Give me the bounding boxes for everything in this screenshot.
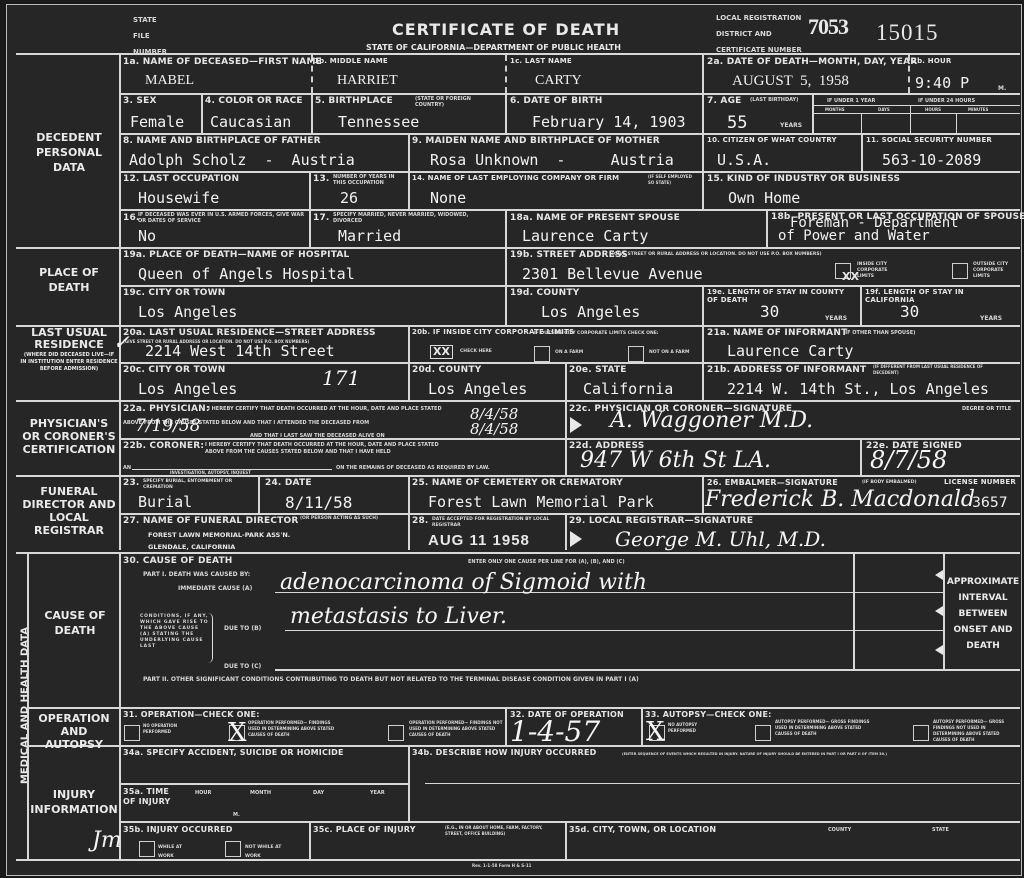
divider <box>408 133 410 171</box>
age-hours-label: HOURS <box>925 107 941 113</box>
label-certificate-number: CERTIFICATE NUMBER <box>716 42 802 58</box>
f17-label: 17. <box>313 213 330 223</box>
page-subtitle: STATE OF CALIFORNIA—DEPARTMENT OF PUBLIC… <box>366 43 621 52</box>
divider <box>16 475 1020 477</box>
divider <box>702 475 704 513</box>
age-days-label: DAYS <box>878 107 890 113</box>
section-last-residence-note: (WHERE DID DECEASED LIVE—IF IN INSTITUTI… <box>20 352 118 373</box>
f30-due-b: DUE TO (B) <box>224 626 261 632</box>
f28-label: 28. <box>412 516 429 526</box>
employer-value[interactable]: None <box>430 189 466 207</box>
f26-note: (IF BODY EMBALMED) <box>862 480 917 486</box>
f19e-label: 19e. LENGTH OF STAY IN COUNTY OF DEATH <box>707 288 852 304</box>
spouse-occupation-line2: of Power and Water <box>778 230 959 243</box>
divider <box>275 669 1020 671</box>
f34b-note: (ENTER SEQUENCE OF EVENTS WHICH RESULTED… <box>622 751 887 757</box>
not-on-farm-label: NOT ON A FARM <box>649 350 689 356</box>
f22b-text2: ABOVE FROM THE CAUSES STATED BELOW AND T… <box>205 449 391 455</box>
f12-label: 12. LAST OCCUPATION <box>123 174 239 184</box>
section-place-of-death: PLACE OF DEATH <box>20 265 118 295</box>
divider <box>16 247 1020 249</box>
f28-note: DATE ACCEPTED FOR REGISTRATION BY LOCAL … <box>432 517 562 529</box>
f7-label: 7. AGE <box>707 96 742 106</box>
f20c-label: 20c. CITY OR TOWN <box>123 365 226 375</box>
divider <box>119 285 1020 287</box>
operation-used-label: OPERATION PERFORMED— FINDINGS USED IN DE… <box>248 720 343 738</box>
divider <box>505 93 507 133</box>
section-operation: OPERATION AND AUTOPSY <box>30 712 118 751</box>
f1c-label: 1c. LAST NAME <box>510 57 572 65</box>
age-unit: YEARS <box>780 123 802 129</box>
autopsy-used-label: AUTOPSY PERFORMED— GROSS FINDINGS USED I… <box>775 719 870 737</box>
f20d-label: 20d. COUNTY <box>412 365 481 375</box>
divider <box>119 513 1020 515</box>
f20a-label: 20a. LAST USUAL RESIDENCE—STREET ADDRESS <box>123 328 376 338</box>
f22b-text3: ON THE REMAINS OF DECEASED AS REQUIRED B… <box>336 465 490 471</box>
citizen-value[interactable]: U.S.A. <box>717 151 771 169</box>
f7-note: (LAST BIRTHDAY) <box>750 97 798 103</box>
divider <box>860 285 862 325</box>
divider <box>812 105 1020 106</box>
interval-line1: APPROXIMATE <box>945 574 1021 590</box>
stay-california-unit: YEARS <box>980 316 1002 322</box>
industry-value[interactable]: Own Home <box>728 189 800 207</box>
f21b-label: 21b. ADDRESS OF INFORMANT <box>707 365 866 375</box>
f22b-an: AN <box>123 465 131 471</box>
f13-note: NUMBER OF YEARS IN THIS OCCUPATION <box>333 174 403 186</box>
cause-b-value[interactable]: metastasis to Liver. <box>290 604 507 629</box>
license-label: LICENSE NUMBER <box>944 478 1016 486</box>
on-farm-checkbox[interactable] <box>534 346 550 362</box>
disposition-date-value[interactable]: 8/11/58 <box>285 493 352 512</box>
hour-suffix: M. <box>998 86 1006 92</box>
disposition-value[interactable]: Burial <box>138 493 192 511</box>
page-title: CERTIFICATE OF DEATH <box>392 20 620 39</box>
f27-note: (OR PERSON ACTING AS SUCH) <box>300 516 400 522</box>
bracket <box>208 613 213 663</box>
outside-city-residence-label: IF OUTSIDE CITY CORPORATE LIMITS CHECK O… <box>534 331 674 337</box>
section-decedent: DECEDENT PERSONAL DATA <box>20 130 118 175</box>
sex-value[interactable]: Female <box>130 113 184 131</box>
death-street-value[interactable]: 2301 Bellevue Avenue <box>522 265 703 283</box>
interval-line2: INTERVAL <box>945 590 1021 606</box>
section-medical-vertical: MEDICAL AND HEALTH DATA <box>20 616 31 796</box>
section-physician: PHYSICIAN'S OR CORONER'S CERTIFICATION <box>20 417 118 456</box>
autopsy-not-used-checkbox[interactable] <box>913 725 929 741</box>
f30-part2: PART II. OTHER SIGNIFICANT CONDITIONS CO… <box>143 677 639 683</box>
degree-label: DEGREE OR TITLE <box>962 406 1011 412</box>
state-label: STATE <box>932 827 949 833</box>
cemetery-value[interactable]: Forest Lawn Memorial Park <box>428 493 654 511</box>
signature-arrow-icon <box>570 417 582 433</box>
spouse-occupation-value[interactable]: Foreman - Department of Power and Water <box>790 217 959 243</box>
no-operation-label: NO OPERATION PERFORMED <box>143 723 193 735</box>
f20e-label: 20e. STATE <box>569 365 627 375</box>
interval-line5: DEATH <box>945 638 1021 654</box>
interval-arrow-c-icon <box>935 645 943 655</box>
f19b-note: (GIVE STREET OR RURAL ADDRESS OR LOCATIO… <box>612 252 822 258</box>
age-minutes-label: MINUTES <box>968 107 988 113</box>
divider <box>311 93 313 133</box>
divider <box>119 209 1020 211</box>
divider <box>505 55 507 93</box>
stay-county-unit: YEARS <box>825 316 847 322</box>
age-months-label: MONTHS <box>825 107 845 113</box>
f19c-label: 19c. CITY OR TOWN <box>123 288 226 298</box>
divider <box>861 113 862 133</box>
f22b-text1: I HEREBY CERTIFY THAT DEATH OCCURRED AT … <box>205 442 439 448</box>
f19a-label: 19a. PLACE OF DEATH—NAME OF HOSPITAL <box>123 250 349 260</box>
residence-street-value[interactable]: 2214 West 14th Street <box>145 342 335 360</box>
divider <box>408 745 410 821</box>
no-autopsy-label: NO AUTOPSY PERFORMED <box>668 722 718 734</box>
f23-label: 23. <box>123 478 140 488</box>
f21b-note: (IF DIFFERENT FROM LAST USUAL RESIDENCE … <box>873 364 993 376</box>
date-of-death-value[interactable]: AUGUST 5, 1958 <box>732 73 849 90</box>
license-number-value[interactable]: 3657 <box>972 495 1008 511</box>
divider <box>956 113 957 133</box>
physician-address[interactable]: 947 W 6th St LA. <box>580 448 771 473</box>
divider <box>853 552 855 670</box>
section-last-residence-title: LAST USUAL RESIDENCE <box>31 326 107 351</box>
f16-note: IF DECEASED WAS EVER IN U.S. ARMED FORCE… <box>138 212 308 224</box>
embalmer-signature[interactable]: Frederick B. Macdonald <box>705 487 975 512</box>
label-file: FILE <box>133 28 167 44</box>
no-operation-checkbox[interactable] <box>124 725 140 741</box>
f1a-label: 1a. NAME OF DECEASED—FIRST NAME <box>123 57 322 67</box>
divider <box>408 171 410 209</box>
under-24-hours-label: IF UNDER 24 HOURS <box>918 98 975 104</box>
divider <box>861 133 863 171</box>
operation-date-value[interactable]: 1-4-57 <box>510 715 600 748</box>
label-local-registration: LOCAL REGISTRATION <box>716 10 802 26</box>
divider <box>201 93 203 133</box>
interval-line4: ONSET AND <box>945 622 1021 638</box>
divider <box>27 707 1020 709</box>
f35a-label: 35a. TIME OF INJURY <box>123 787 183 807</box>
divider <box>119 783 408 785</box>
last-name-value[interactable]: CARTY <box>535 73 582 89</box>
on-farm-label: ON A FARM <box>555 350 583 356</box>
f35b-label: 35b. INJURY OCCURRED <box>123 825 233 834</box>
birthplace-value[interactable]: Tennessee <box>338 113 419 131</box>
informant-name-value[interactable]: Laurence Carty <box>727 342 853 360</box>
f35c-label: 35c. PLACE OF INJURY <box>313 825 416 834</box>
residence-county-value[interactable]: Los Angeles <box>428 380 527 398</box>
f5-label: 5. BIRTHPLACE <box>315 96 393 106</box>
while-at-work-checkbox[interactable] <box>139 841 155 857</box>
f8-label: 8. NAME AND BIRTHPLACE OF FATHER <box>123 136 321 146</box>
divider <box>565 362 567 400</box>
f22a-text1: I HEREBY CERTIFY THAT DEATH OCCURRED AT … <box>208 406 442 412</box>
father-value[interactable]: Adolph Scholz - Austria <box>129 151 355 169</box>
divider <box>309 821 311 861</box>
armed-forces-value[interactable]: No <box>138 227 156 245</box>
section-last-residence: LAST USUAL RESIDENCE (WHERE DID DECEASED… <box>20 327 118 373</box>
registrar-signature[interactable]: George M. Uhl, M.D. <box>615 527 826 551</box>
f9-label: 9. MAIDEN NAME AND BIRTHPLACE OF MOTHER <box>412 136 660 146</box>
autopsy-not-used-label: AUTOPSY PERFORMED— GROSS FINDINGS NOT US… <box>933 719 1018 743</box>
first-name-value[interactable]: MABEL <box>145 73 194 89</box>
race-value[interactable]: Caucasian <box>210 113 291 131</box>
while-at-work-label: WHILE AT WORK <box>158 843 193 861</box>
date-signed[interactable]: 8/7/58 <box>870 446 947 474</box>
marital-status-value[interactable]: Married <box>338 227 401 245</box>
divider <box>119 133 1020 135</box>
funeral-director-line2: GLENDALE, CALIFORNIA <box>148 541 290 553</box>
day-col-label: DAY <box>313 790 324 796</box>
divider <box>258 475 260 513</box>
funeral-director-line1: FOREST LAWN MEMORIAL-PARK ASS'N. <box>148 529 290 541</box>
years-occupation-value[interactable]: 26 <box>340 189 358 207</box>
f2a-label: 2a. DATE OF DEATH—MONTH, DAY, YEAR <box>707 57 917 67</box>
f30-instruction: ENTER ONLY ONE CAUSE PER LINE FOR (A), (… <box>468 559 625 565</box>
f30-label: 30. CAUSE OF DEATH <box>123 556 233 566</box>
stay-california-value[interactable]: 30 <box>900 302 919 321</box>
f23-note: SPECIFY BURIAL, ENTOMBMENT OR CREMATION <box>143 479 253 491</box>
section-injury: INJURY INFORMATION <box>30 787 118 817</box>
f15-label: 15. KIND OF INDUSTRY OR BUSINESS <box>707 174 900 184</box>
not-while-at-work-label: NOT WHILE AT WORK <box>245 843 290 861</box>
divider <box>119 821 1020 823</box>
year-col-label: YEAR <box>370 790 385 796</box>
initials-annotation: Jm <box>92 828 122 853</box>
f22a-text3: AND THAT I LAST SAW THE DECEASED ALIVE O… <box>250 433 385 439</box>
divider <box>910 105 911 133</box>
date-of-birth-value[interactable]: February 14, 1903 <box>532 113 686 131</box>
section-funeral: FUNERAL DIRECTOR AND LOCAL REGISTRAR <box>20 485 118 537</box>
middle-name-value[interactable]: HARRIET <box>337 73 398 89</box>
f18a-label: 18a. NAME OF PRESENT SPOUSE <box>510 213 680 223</box>
under-1-year-label: IF UNDER 1 YEAR <box>827 98 875 104</box>
operation-not-used-label: OPERATION PERFORMED— FINDINGS NOT USED I… <box>409 720 504 738</box>
f29-label: 29. LOCAL REGISTRAR—SIGNATURE <box>569 516 753 526</box>
f14-label: 14. NAME OF LAST EMPLOYING COMPANY OR FI… <box>412 174 619 182</box>
not-on-farm-checkbox[interactable] <box>628 346 644 362</box>
f30-part1: PART I. DEATH WAS CAUSED BY: <box>143 572 250 578</box>
not-while-at-work-checkbox[interactable] <box>225 841 241 857</box>
check-here-label: CHECK HERE <box>460 349 492 355</box>
interval-arrow-b-icon <box>935 606 943 616</box>
divider <box>425 783 1020 784</box>
divider <box>766 209 768 247</box>
divider <box>16 325 1020 327</box>
f22b-sub: INVESTIGATION, AUTOPSY, INQUEST <box>170 470 251 476</box>
stay-county-value[interactable]: 30 <box>760 302 779 321</box>
divider <box>505 707 507 745</box>
cause-a-value[interactable]: adenocarcinoma of Sigmoid with <box>280 570 647 595</box>
month-col-label: MONTH <box>250 790 271 796</box>
f10-label: 10. CITIZEN OF WHAT COUNTRY <box>707 136 837 144</box>
divider <box>702 285 704 400</box>
last-seen-date[interactable]: 8/4/58 <box>470 420 518 438</box>
residence-inside-city-checkbox[interactable]: XX <box>430 345 453 359</box>
f19d-label: 19d. COUNTY <box>510 288 579 298</box>
outside-city-checkbox[interactable] <box>952 263 968 279</box>
attended-to-date[interactable]: 7/19/58 <box>135 416 201 436</box>
f14-note: (IF SELF EMPLOYED SO STATE) <box>648 174 698 186</box>
residence-city-value[interactable]: Los Angeles <box>138 380 237 398</box>
operation-mark: X <box>228 718 247 748</box>
f30-due-c: DUE TO (C) <box>224 664 261 670</box>
operation-not-used-checkbox[interactable] <box>388 725 404 741</box>
registrar-arrow-icon <box>570 531 582 547</box>
f1b-label: 1b. MIDDLE NAME <box>314 57 388 65</box>
autopsy-mark: X <box>646 717 665 747</box>
spouse-name-value[interactable]: Laurence Carty <box>522 227 648 245</box>
checkmark-annotation: ✓ <box>113 330 130 354</box>
f21a-note: (IF OTHER THAN SPOUSE) <box>843 330 915 336</box>
divider <box>505 209 507 247</box>
f25-label: 25. NAME OF CEMETERY OR CREMATORY <box>412 478 623 488</box>
district-number: 7053 <box>808 14 848 40</box>
divider <box>565 821 567 861</box>
f34a-label: 34a. SPECIFY ACCIDENT, SUICIDE OR HOMICI… <box>123 748 344 757</box>
inside-city-label: INSIDE CITY CORPORATE LIMITS <box>857 262 897 280</box>
divider <box>16 400 1020 402</box>
age-value[interactable]: 55 <box>727 113 747 133</box>
f13-label: 13. <box>313 174 330 184</box>
f30-immediate: IMMEDIATE CAUSE (A) <box>178 586 252 592</box>
divider <box>119 171 1020 173</box>
f35c-note: (E.G., IN OR ABOUT HOME, FARM, FACTORY, … <box>445 825 560 837</box>
death-city-value[interactable]: Los Angeles <box>138 303 237 321</box>
interval-line3: BETWEEN <box>945 606 1021 622</box>
hour-col-label: HOUR <box>195 790 211 796</box>
f19b-label: 19b. STREET ADDRESS <box>510 250 628 260</box>
f27-label: 27. NAME OF FUNERAL DIRECTOR <box>123 516 298 526</box>
death-county-value[interactable]: Los Angeles <box>541 303 640 321</box>
f3-label: 3. SEX <box>123 96 157 106</box>
f17-note: SPECIFY MARRIED, NEVER MARRIED, WIDOWED,… <box>333 212 493 224</box>
divider <box>565 513 567 550</box>
f4-label: 4. COLOR OR RACE <box>205 96 303 106</box>
residence-state-value[interactable]: California <box>583 380 673 398</box>
f2b-label: 2b. HOUR <box>912 57 951 65</box>
f24-label: 24. DATE <box>265 478 312 488</box>
m-label: M. <box>233 812 240 818</box>
informant-address-value[interactable]: 2214 W. 14th St., Los Angeles <box>727 380 989 398</box>
outside-city-label: OUTSIDE CITY CORPORATE LIMITS <box>973 262 1015 280</box>
interval-arrow-a-icon <box>935 570 943 580</box>
divider <box>285 630 943 631</box>
divider <box>641 707 643 745</box>
divider <box>119 93 1020 95</box>
f35d-label: 35d. CITY, TOWN, OR LOCATION <box>569 825 716 834</box>
section-cause: CAUSE OF DEATH <box>40 608 110 638</box>
occupation-value[interactable]: Housewife <box>138 189 219 207</box>
f22a-label: 22a. PHYSICIAN: <box>123 404 210 414</box>
f21a-label: 21a. NAME OF INFORMANT <box>707 328 847 338</box>
local-registration-label: LOCAL REGISTRATION DISTRICT AND CERTIFIC… <box>716 10 802 58</box>
f6-label: 6. DATE OF BIRTH <box>510 96 603 106</box>
funeral-director-value[interactable]: FOREST LAWN MEMORIAL-PARK ASS'N. GLENDAL… <box>148 529 290 553</box>
interval-label: APPROXIMATE INTERVAL BETWEEN ONSET AND D… <box>945 574 1021 654</box>
f30-conditions: CONDITIONS, IF ANY, WHICH GAVE RISE TO T… <box>140 614 210 650</box>
f19f-label: 19f. LENGTH OF STAY IN CALIFORNIA <box>865 288 1010 304</box>
certificate-number: 15015 <box>876 20 939 46</box>
label-state: STATE <box>133 12 167 28</box>
f11-label: 11. SOCIAL SECURITY NUMBER <box>866 136 992 144</box>
physician-signature[interactable]: A. Waggoner M.D. <box>610 408 813 433</box>
date-accepted-value[interactable]: AUG 11 1958 <box>428 532 530 549</box>
ssn-value[interactable]: 563-10-2089 <box>882 151 981 169</box>
divider <box>812 113 1020 114</box>
hour-value[interactable]: 9:40 P <box>915 74 969 92</box>
county-label: COUNTY <box>828 827 851 833</box>
f5-note: (STATE OR FOREIGN COUNTRY) <box>415 96 485 108</box>
f34b-label: 34b. DESCRIBE HOW INJURY OCCURRED <box>412 748 597 757</box>
mother-value[interactable]: Rosa Unknown - Austria <box>430 151 674 169</box>
f22b-label: 22b. CORONER: <box>123 441 204 451</box>
form-revision: Rev. 1-1-58 Form H & S-11 <box>472 863 531 869</box>
divider <box>860 438 862 475</box>
f26-label: 26. EMBALMER—SIGNATURE <box>707 478 838 487</box>
label-district-and: DISTRICT AND <box>716 26 802 42</box>
divider <box>16 53 1020 55</box>
annotation-171: 171 <box>322 366 360 390</box>
autopsy-used-checkbox[interactable] <box>755 725 771 741</box>
hospital-value[interactable]: Queen of Angels Hospital <box>138 265 355 283</box>
